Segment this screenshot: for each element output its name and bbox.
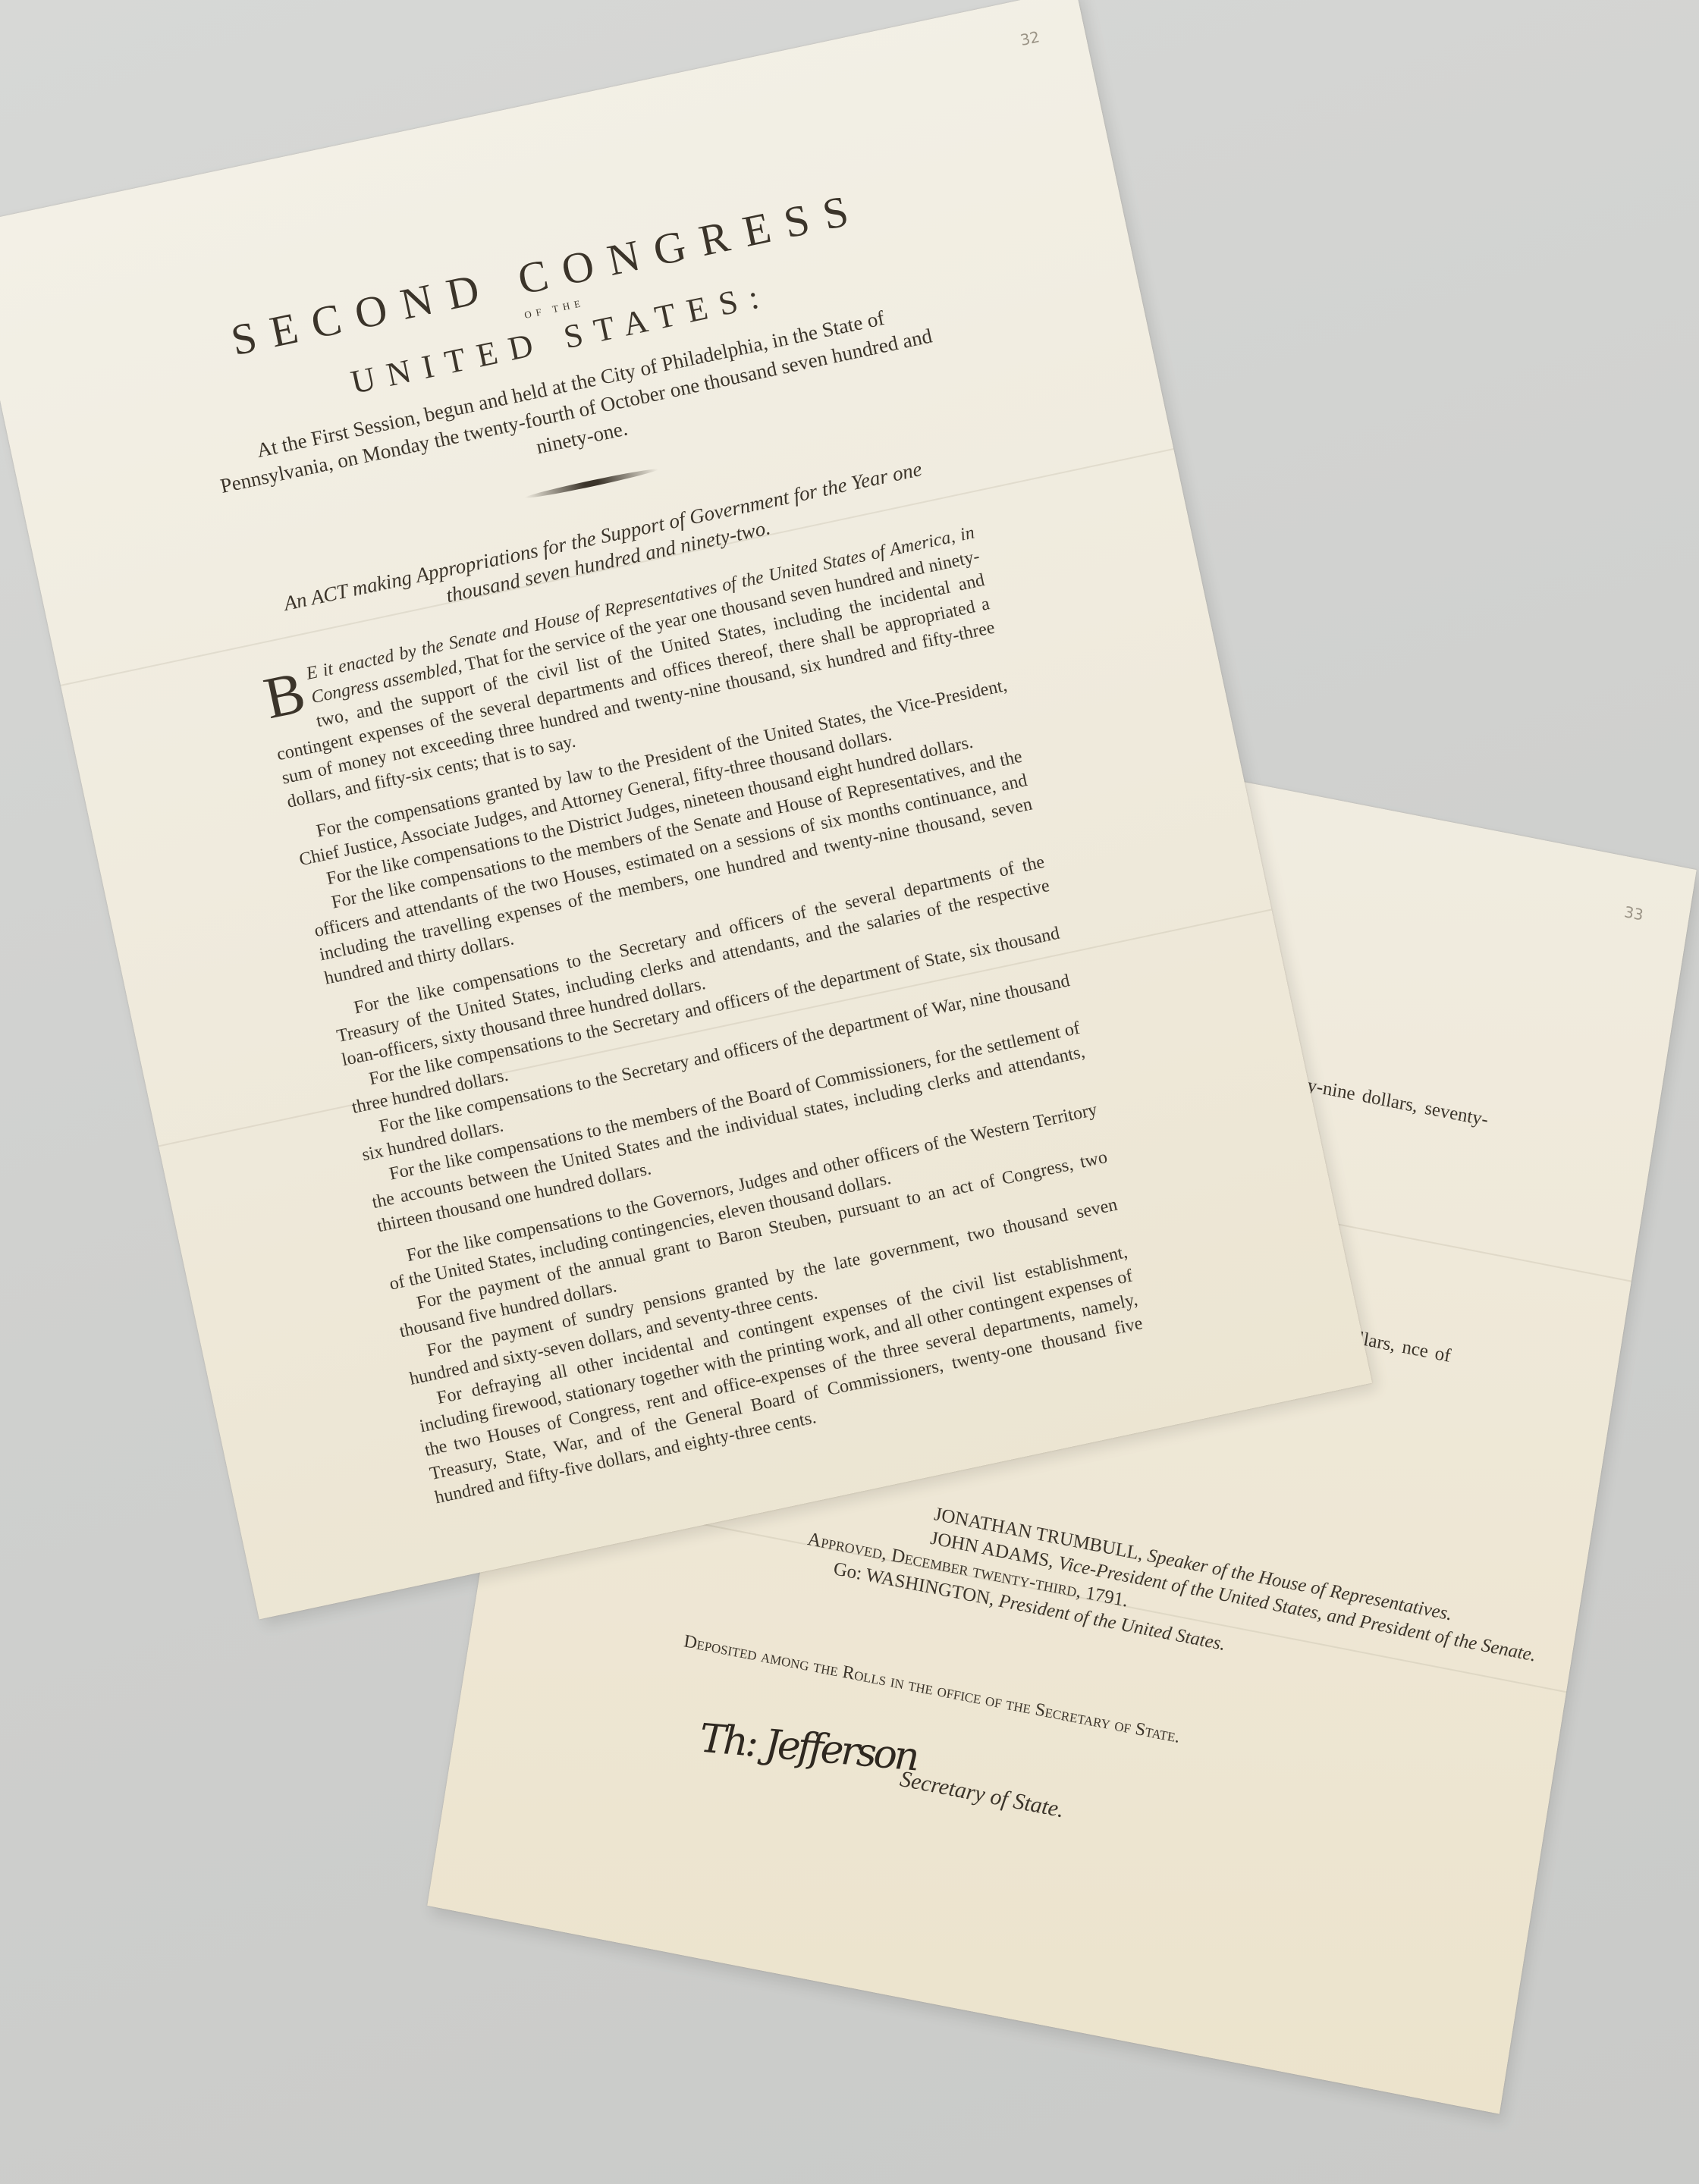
handwritten-signature: Th: Jefferson <box>699 1715 918 1780</box>
act-text: SECOND CONGRESS OF THE UNITED STATES: At… <box>186 174 1150 1511</box>
ornamental-rule <box>524 466 659 500</box>
drop-cap: B <box>260 668 309 722</box>
page-number: 32 <box>1019 27 1041 49</box>
document-page-32: 32 SECOND CONGRESS OF THE UNITED STATES:… <box>0 0 1372 1619</box>
signature-title: Secretary of State. <box>898 1766 1066 1824</box>
signature-block: JONATHAN TRUMBULL, Speaker of the House … <box>802 1480 1398 1688</box>
page-number: 33 <box>1623 902 1645 924</box>
